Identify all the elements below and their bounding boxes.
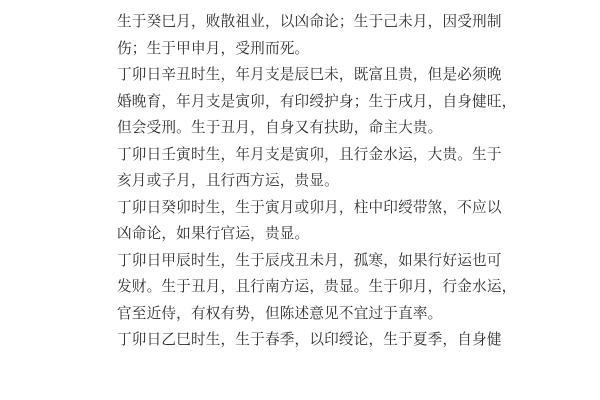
text-line: 丁卯日乙巳时生，生于春季，以印绶论，生于夏季，自身健 bbox=[117, 327, 497, 354]
text-line: 伤；生于甲申月，受刑而死。 bbox=[117, 36, 497, 63]
text-line: 丁卯日壬寅时生，年月支是寅卯，且行金水运，大贵。生于 bbox=[117, 142, 497, 169]
text-line: 丁卯日甲辰时生，生于辰戌丑未月，孤寒，如果行好运也可 bbox=[117, 248, 497, 275]
text-line: 生于癸巳月，败散祖业，以凶命论；生于己未月，因受刑制 bbox=[117, 9, 497, 36]
text-line: 但会受刑。生于丑月，自身又有扶助，命主大贵。 bbox=[117, 115, 497, 142]
text-line: 亥月或子月，且行西方运，贵显。 bbox=[117, 168, 497, 195]
text-line: 发财。生于丑月，且行南方运，贵显。生于卯月，行金水运， bbox=[117, 274, 497, 301]
text-line: 婚晚育，年月支是寅卯，有印绶护身；生于戌月，自身健旺， bbox=[117, 89, 497, 116]
text-line: 凶命论，如果行官运，贵显。 bbox=[117, 221, 497, 248]
text-line: 丁卯日辛丑时生，年月支是辰巳未，既富且贵，但是必须晚 bbox=[117, 62, 497, 89]
document-body: 生于癸巳月，败散祖业，以凶命论；生于己未月，因受刑制 伤；生于甲申月，受刑而死。… bbox=[117, 9, 497, 354]
text-line: 丁卯日癸卯时生，生于寅月或卯月，柱中印绶带煞，不应以 bbox=[117, 195, 497, 222]
text-line: 官至近侍，有权有势，但陈述意见不宜过于直率。 bbox=[117, 301, 497, 328]
